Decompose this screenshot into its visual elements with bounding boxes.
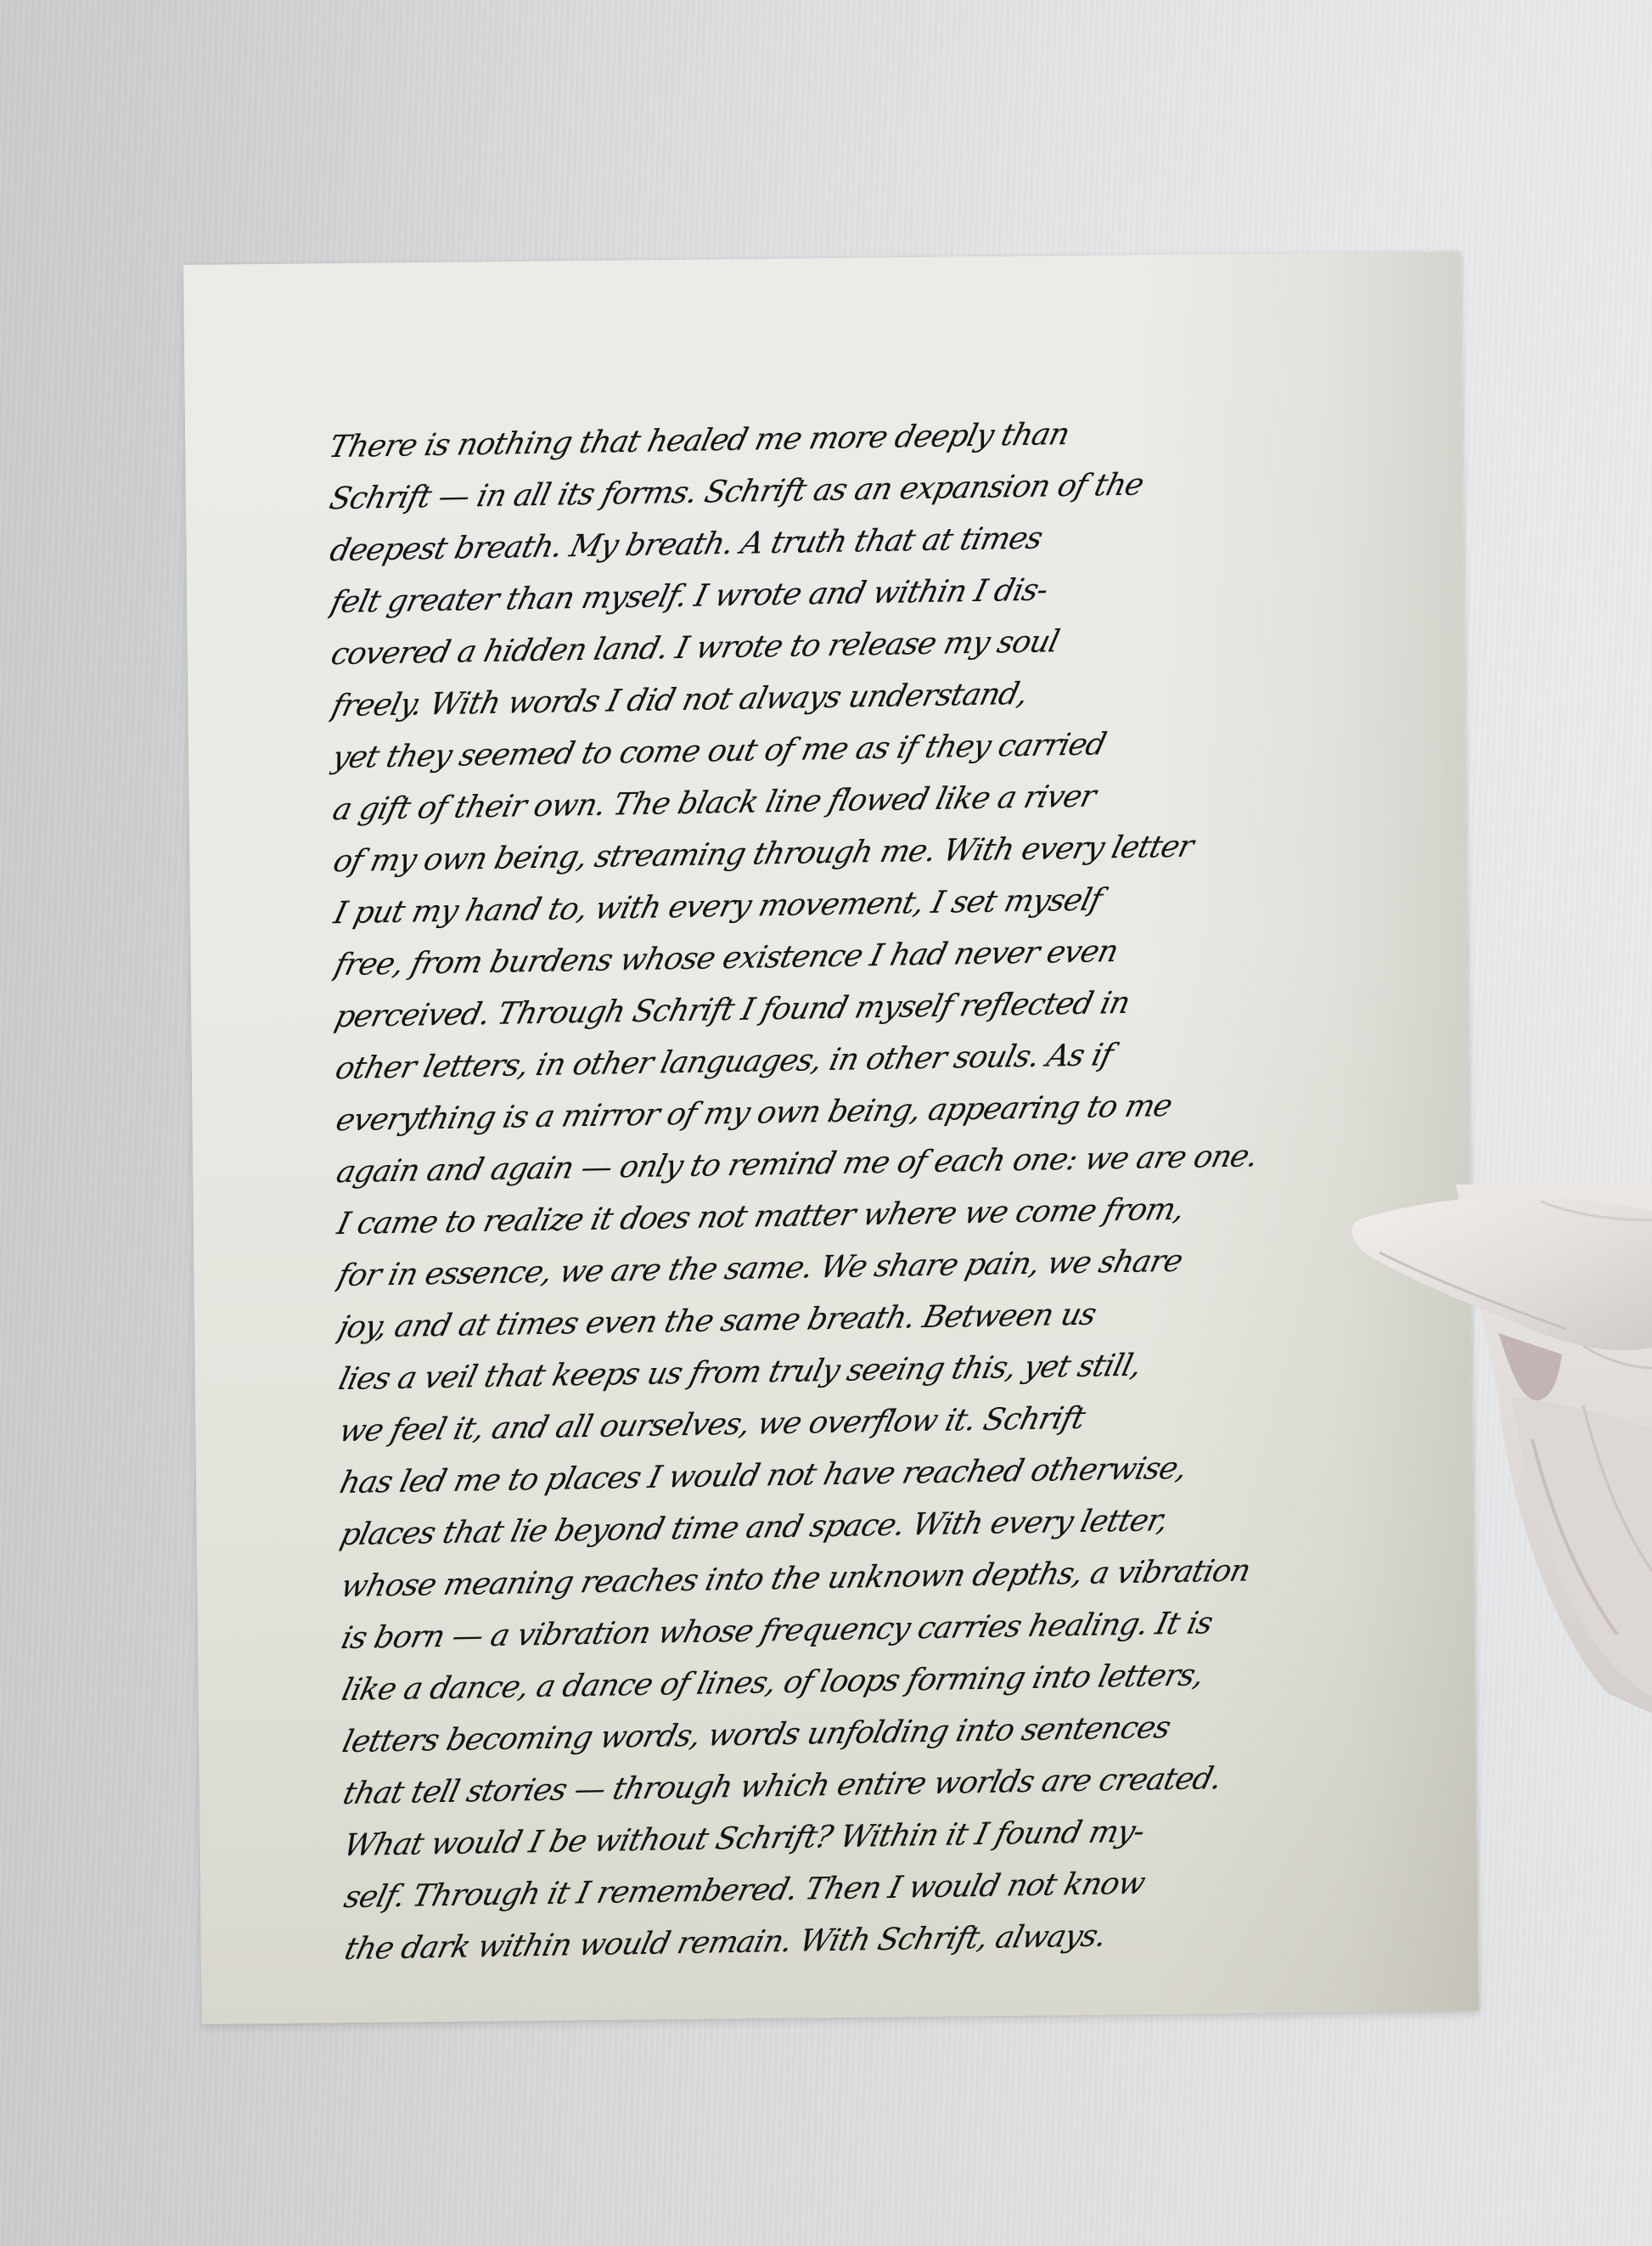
letter-paper: There is nothing that healed me more dee… (183, 251, 1479, 2024)
white-glove-icon (1329, 1185, 1652, 1728)
gloved-hand (1329, 1185, 1652, 1728)
handwritten-letter: There is nothing that healed me more dee… (329, 410, 1407, 1975)
